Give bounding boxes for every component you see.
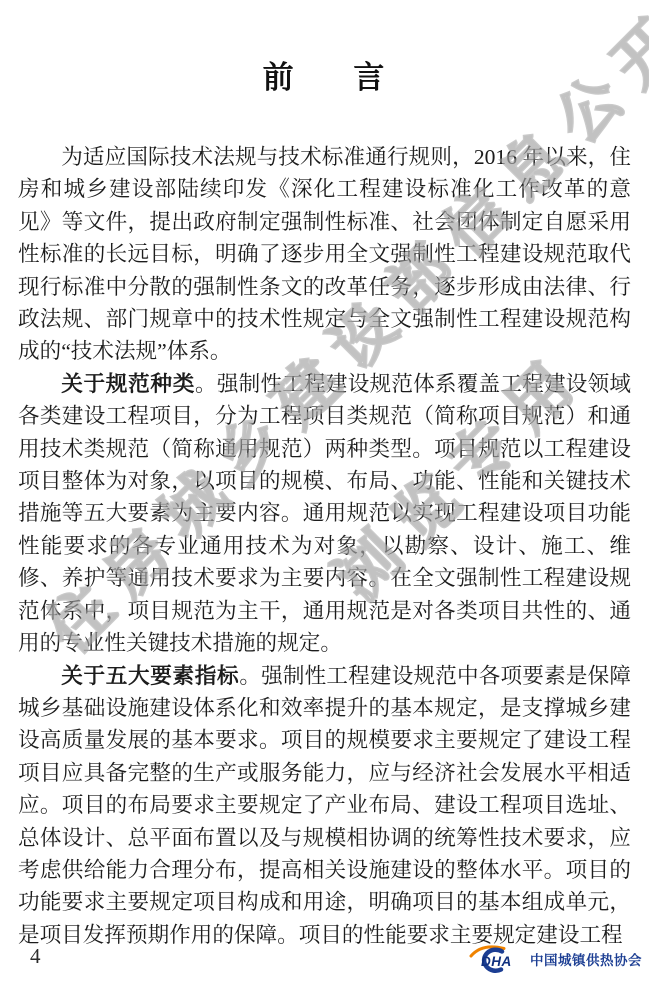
footer-logo: DHA 中国城镇供热协会 [468,945,642,973]
paragraph-text: 。强制性工程建设规范体系覆盖工程建设领域各类建设工程项目，分为工程项目类规范（简… [18,372,631,655]
dha-abbr: DHA [481,954,512,969]
document-body: 为适应国际技术法规与技术标准通行规则，2016 年以来，住房和城乡建设部陆续印发… [18,141,631,951]
association-name: 中国城镇供热协会 [530,949,642,969]
dha-logo-icon: DHA [468,945,524,973]
page-title: 前 言 [0,52,649,97]
paragraph: 关于五大要素指标。强制性工程建设规范中各项要素是保障城乡基础设施建设体系化和效率… [18,660,631,952]
paragraph: 关于规范种类。强制性工程建设规范体系覆盖工程建设领域各类建设工程项目，分为工程项… [18,368,631,660]
paragraph-text: 。强制性工程建设规范中各项要素是保障城乡基础设施建设体系化和效率提升的基本规定，… [18,664,631,947]
page-number: 4 [30,944,41,969]
paragraph-text: 为适应国际技术法规与技术标准通行规则，2016 年以来，住房和城乡建设部陆续印发… [18,145,631,363]
document-page: 前 言 为适应国际技术法规与技术标准通行规则，2016 年以来，住房和城乡建设部… [0,0,649,993]
paragraph: 为适应国际技术法规与技术标准通行规则，2016 年以来，住房和城乡建设部陆续印发… [18,141,631,368]
paragraph-lead: 关于五大要素指标 [61,663,239,688]
paragraph-lead: 关于规范种类 [61,371,195,396]
